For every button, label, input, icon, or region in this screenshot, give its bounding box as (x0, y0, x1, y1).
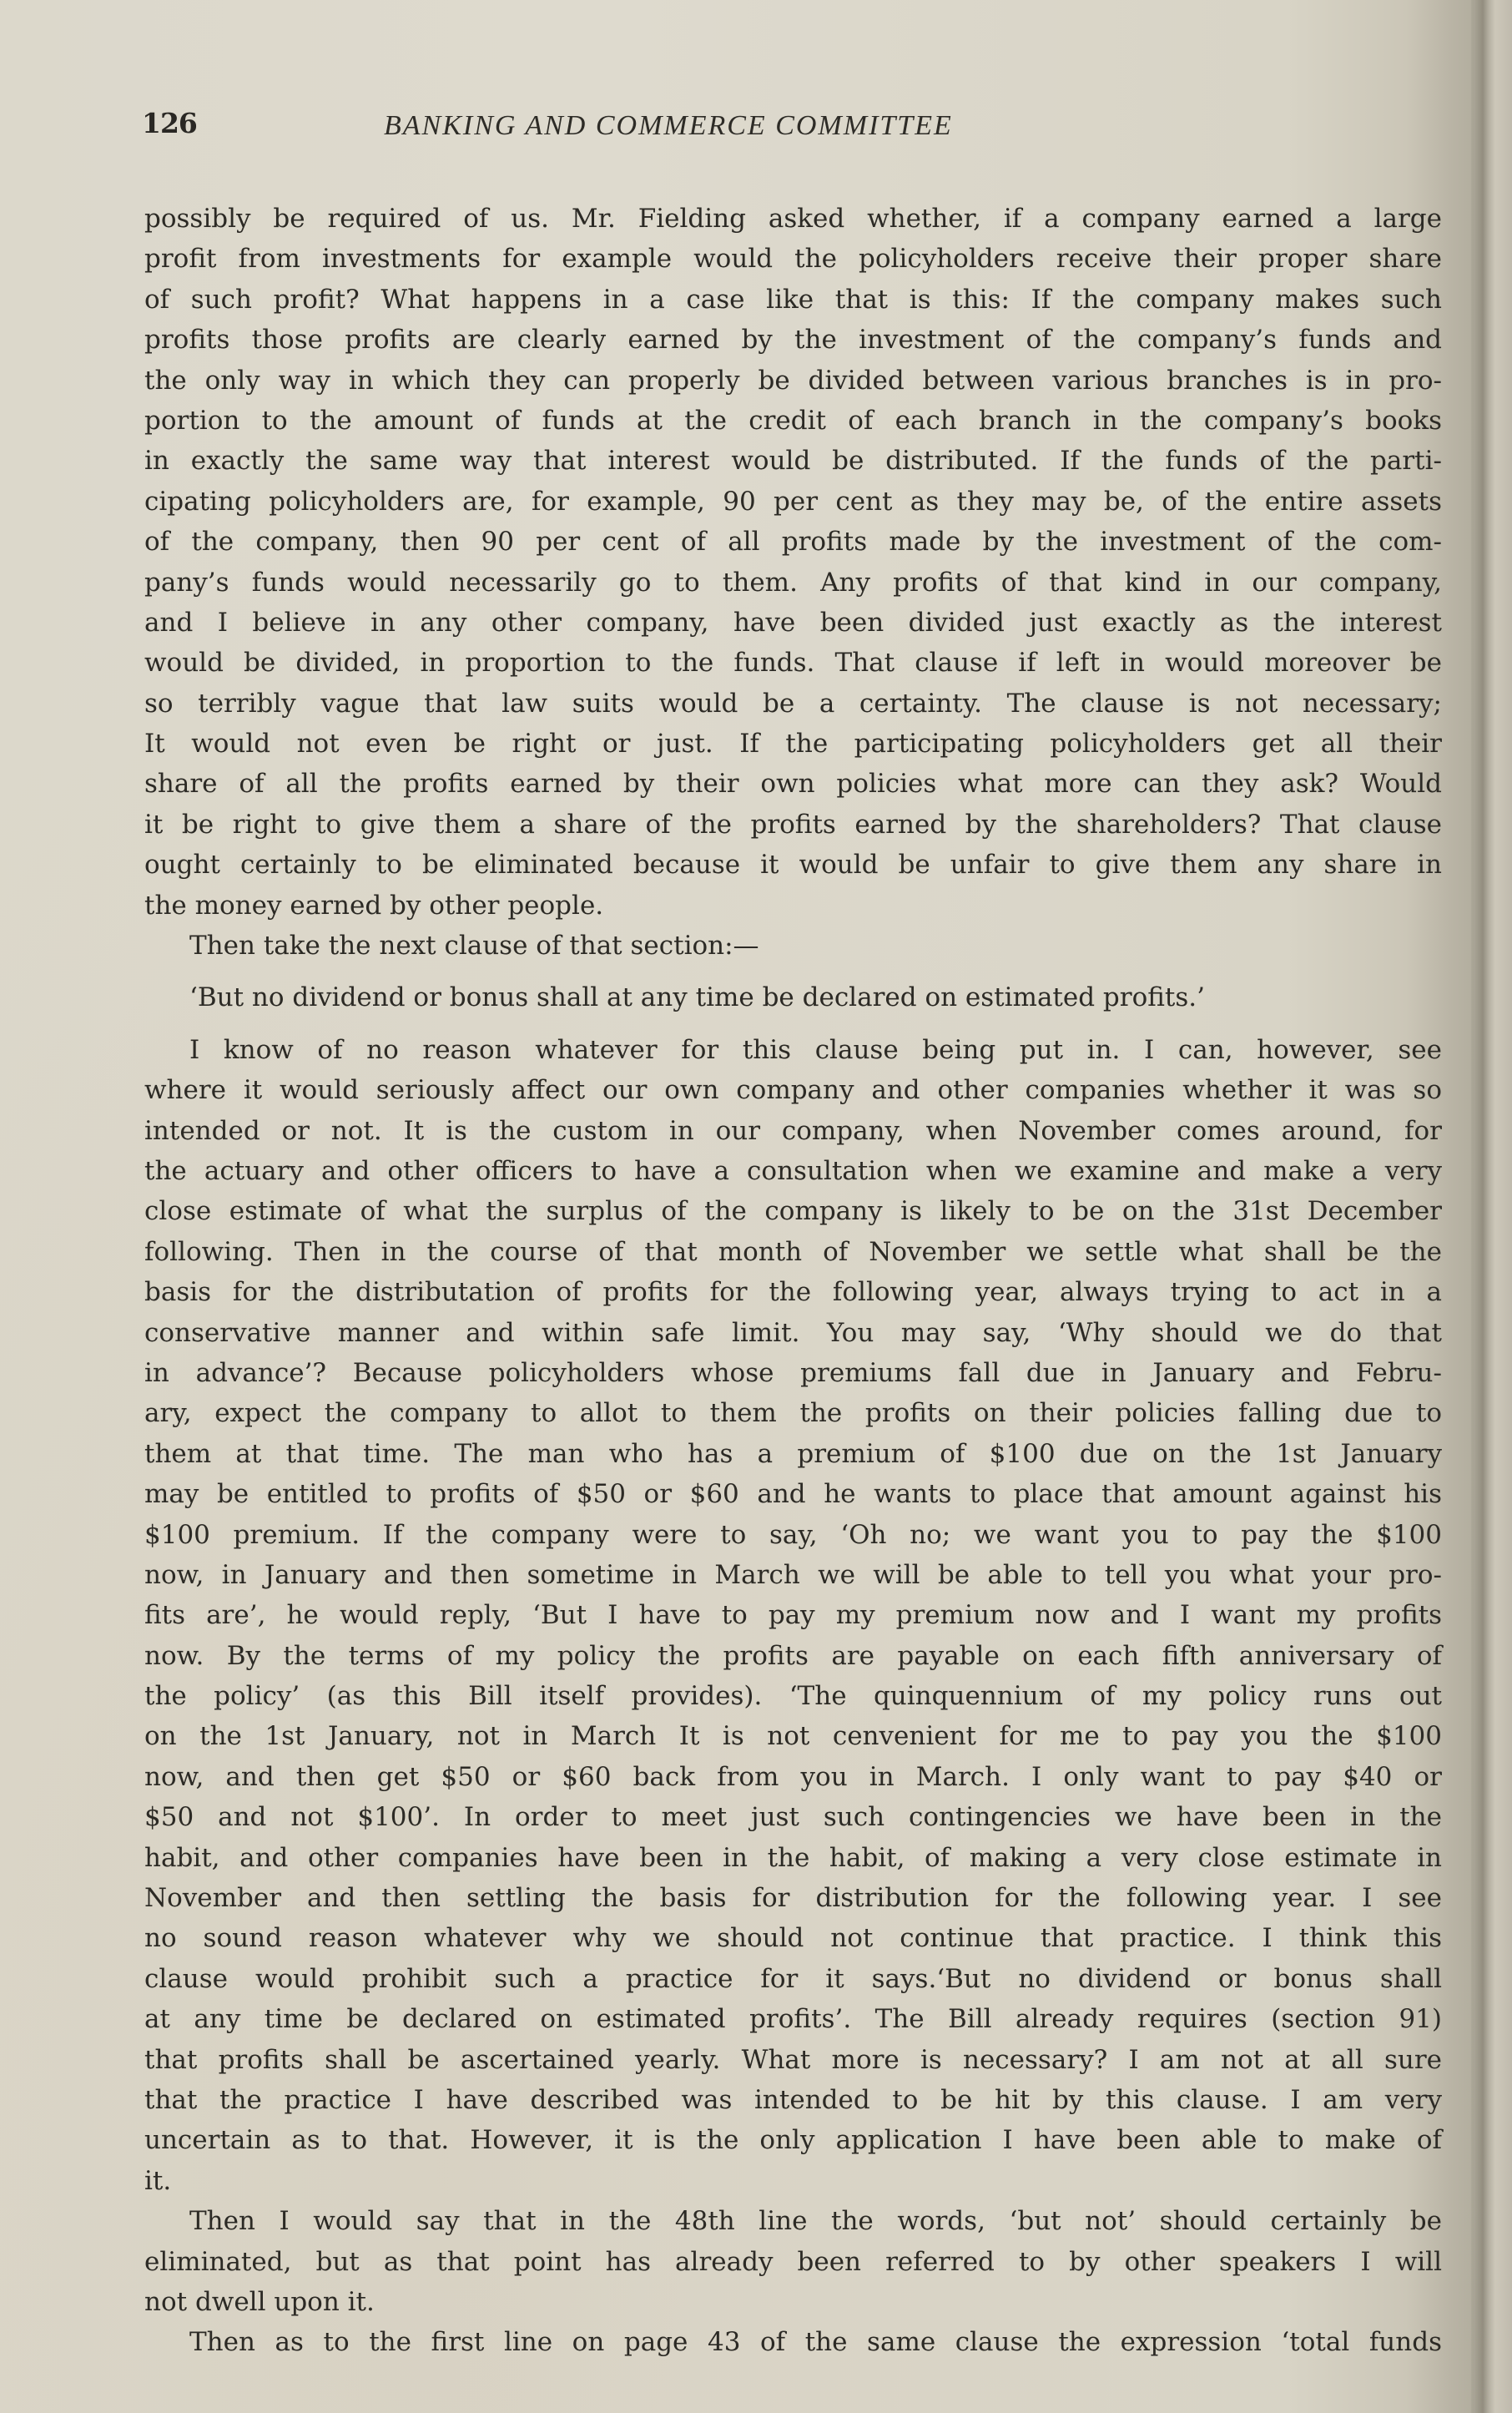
quoted-clause: ‘But no dividend or bonus shall at any t… (144, 977, 1442, 1017)
text-line: cipating policyholders are, for example,… (144, 482, 1442, 522)
text-line: It would not even be right or just. If t… (144, 724, 1442, 764)
book-spine-shadow (1470, 0, 1512, 2413)
text-line: now, and then get $50 or $60 back from y… (144, 1757, 1442, 1797)
text-line: conservative manner and within safe limi… (144, 1313, 1442, 1353)
text-line: where it would seriously affect our own … (144, 1070, 1442, 1110)
text-line: at any time be declared on estimated pro… (144, 1999, 1442, 2039)
body-text: possibly be required of us. Mr. Fielding… (144, 199, 1442, 2363)
text-line: fits are’, he would reply, ‘But I have t… (144, 1595, 1442, 1635)
text-line: $50 and not $100’. In order to meet just… (144, 1797, 1442, 1837)
paragraph-start: Then as to the first line on page 43 of … (144, 2322, 1442, 2362)
text-line: profits those profits are clearly earned… (144, 320, 1442, 360)
text-line: portion to the amount of funds at the cr… (144, 401, 1442, 441)
running-head: 126 BANKING AND COMMERCE COMMITTEE (142, 107, 1444, 149)
spacer (144, 1018, 1442, 1030)
text-line: the policy’ (as this Bill itself provide… (144, 1676, 1442, 1716)
text-line: that profits shall be ascertained yearly… (144, 2040, 1442, 2080)
text-line: profit from investments for example woul… (144, 239, 1442, 279)
text-line: ought certainly to be eliminated because… (144, 845, 1442, 885)
text-line: $100 premium. If the company were to say… (144, 1515, 1442, 1555)
text-line: uncertain as to that. However, it is the… (144, 2120, 1442, 2160)
text-line: so terribly vague that law suits would b… (144, 684, 1442, 724)
text-line: of the company, then 90 per cent of all … (144, 522, 1442, 562)
text-line: them at that time. The man who has a pre… (144, 1434, 1442, 1474)
paragraph-start: Then take the next clause of that sectio… (144, 926, 1442, 966)
text-line: in advance’? Because policyholders whose… (144, 1353, 1442, 1393)
text-line: close estimate of what the surplus of th… (144, 1191, 1442, 1231)
text-line: on the 1st January, not in March It is n… (144, 1716, 1442, 1756)
text-line: would be divided, in proportion to the f… (144, 643, 1442, 683)
text-line: now, in January and then sometime in Mar… (144, 1555, 1442, 1595)
text-line: not dwell upon it. (144, 2282, 1442, 2322)
text-line: habit, and other companies have been in … (144, 1838, 1442, 1878)
paragraph-start: I know of no reason whatever for this cl… (144, 1030, 1442, 1070)
text-line: basis for the distributation of profits … (144, 1272, 1442, 1312)
text-line: share of all the profits earned by their… (144, 764, 1442, 804)
text-line: intended or not. It is the custom in our… (144, 1111, 1442, 1151)
text-line: and I believe in any other company, have… (144, 603, 1442, 643)
text-line: in exactly the same way that interest wo… (144, 441, 1442, 481)
text-line: no sound reason whatever why we should n… (144, 1918, 1442, 1958)
scanned-page: 126 BANKING AND COMMERCE COMMITTEE possi… (0, 0, 1512, 2413)
text-line: of such profit? What happens in a case l… (144, 280, 1442, 320)
page-number: 126 (142, 107, 197, 139)
text-line: November and then settling the basis for… (144, 1878, 1442, 1918)
text-line: the actuary and other officers to have a… (144, 1151, 1442, 1191)
text-line: following. Then in the course of that mo… (144, 1232, 1442, 1272)
text-line: it be right to give them a share of the … (144, 805, 1442, 845)
text-line: pany’s funds would necessarily go to the… (144, 563, 1442, 603)
text-line: clause would prohibit such a practice fo… (144, 1959, 1442, 1999)
text-line: that the practice I have described was i… (144, 2080, 1442, 2120)
paragraph-start: Then I would say that in the 48th line t… (144, 2201, 1442, 2241)
text-line: eliminated, but as that point has alread… (144, 2242, 1442, 2282)
running-head-title: BANKING AND COMMERCE COMMITTEE (384, 110, 953, 142)
text-line: possibly be required of us. Mr. Fielding… (144, 199, 1442, 239)
text-line: now. By the terms of my policy the profi… (144, 1636, 1442, 1676)
spacer (144, 966, 1442, 977)
text-line: the only way in which they can properly … (144, 361, 1442, 401)
text-line: may be entitled to profits of $50 or $60… (144, 1474, 1442, 1514)
text-line: the money earned by other people. (144, 886, 1442, 926)
text-line: it. (144, 2161, 1442, 2201)
text-line: ary, expect the company to allot to them… (144, 1393, 1442, 1433)
